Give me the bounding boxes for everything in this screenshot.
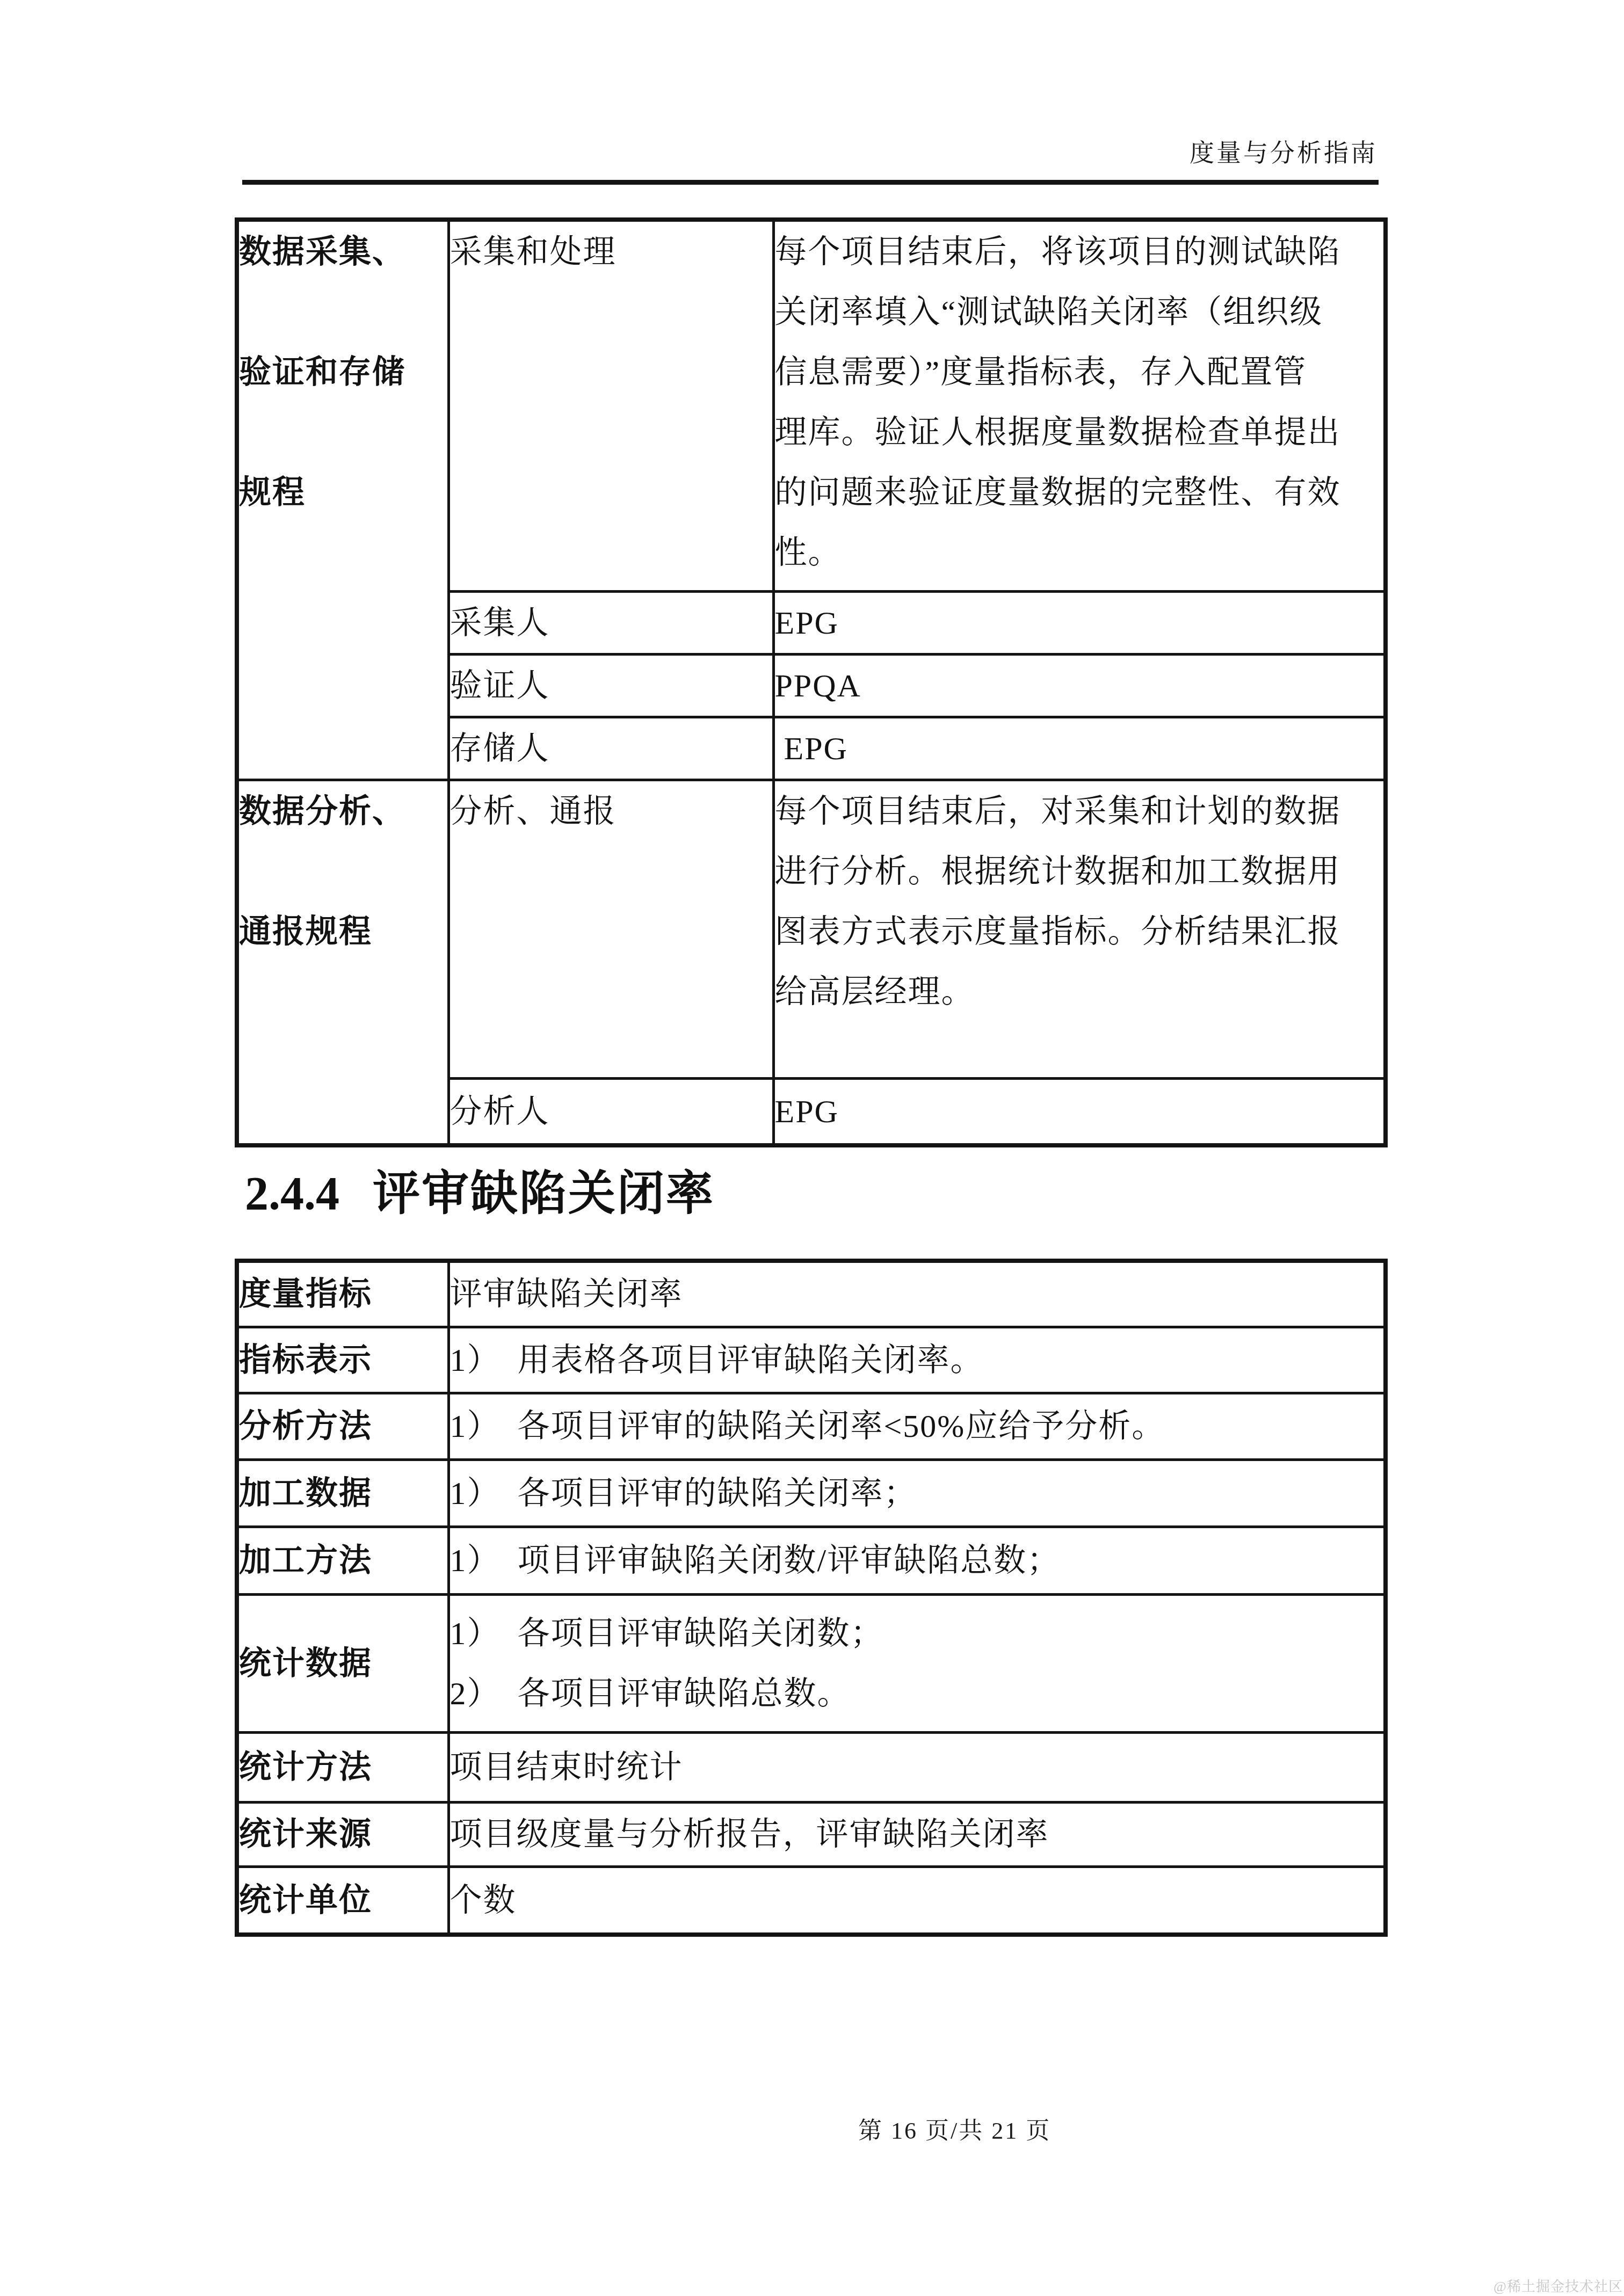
section-number: 2.4.4 <box>245 1168 339 1220</box>
watermark-text: @稀土掘金技术社区 <box>1494 2276 1623 2295</box>
metric-row-label: 度量指标 <box>237 1261 448 1327</box>
table-row: 分析方法 1） 各项目评审的缺陷关闭率<50%应给予分析。 <box>237 1393 1386 1459</box>
metric-row-label: 统计来源 <box>237 1802 448 1866</box>
group2-proc-name-cell: 分析、通报 <box>448 780 773 1078</box>
metric-row-value: 1） 各项目评审的缺陷关闭率<50%应给予分析。 <box>448 1393 1386 1459</box>
procedure-table: 数据采集、 验证和存储 规程 采集和处理 每个项目结束后，将该项目的测试缺陷 关… <box>235 217 1388 1147</box>
section-title: 评审缺陷关闭率 <box>373 1168 715 1220</box>
role-value-cell: EPG <box>773 717 1386 780</box>
metric-row-label: 指标表示 <box>237 1327 448 1393</box>
table-row: 数据分析、 通报规程 分析、通报 每个项目结束后，对采集和计划的数据 进行分析。… <box>237 780 1386 1078</box>
role-value-cell: PPQA <box>773 654 1386 717</box>
metric-row-value: 1） 各项目评审的缺陷关闭率； <box>448 1459 1386 1527</box>
metric-table: 度量指标 评审缺陷关闭率 指标表示 1） 用表格各项目评审缺陷关闭率。 分析方法… <box>235 1259 1388 1937</box>
table-row: 加工方法 1） 项目评审缺陷关闭数/评审缺陷总数； <box>237 1527 1386 1594</box>
table-row: 数据采集、 验证和存储 规程 采集和处理 每个项目结束后，将该项目的测试缺陷 关… <box>237 220 1386 591</box>
header-rule <box>242 180 1379 185</box>
table-row: 统计来源 项目级度量与分析报告，评审缺陷关闭率 <box>237 1802 1386 1866</box>
metric-row-value: 项目结束时统计 <box>448 1732 1386 1802</box>
role-label-cell: 存储人 <box>448 717 773 780</box>
role-label-cell: 验证人 <box>448 654 773 717</box>
table-row: 指标表示 1） 用表格各项目评审缺陷关闭率。 <box>237 1327 1386 1393</box>
metric-row-label: 统计方法 <box>237 1732 448 1802</box>
table-row: 统计数据 1） 各项目评审缺陷关闭数； 2） 各项目评审缺陷总数。 <box>237 1594 1386 1732</box>
role-value-cell: EPG <box>773 591 1386 654</box>
metric-row-value: 1） 项目评审缺陷关闭数/评审缺陷总数； <box>448 1527 1386 1594</box>
metric-row-label: 加工方法 <box>237 1527 448 1594</box>
group2-proc-desc-cell: 每个项目结束后，对采集和计划的数据 进行分析。根据统计数据和加工数据用 图表方式… <box>773 780 1386 1078</box>
metric-row-label: 统计数据 <box>237 1594 448 1732</box>
document-page: 度量与分析指南 数据采集、 验证和存储 规程 采集和处理 每个项目结束后，将该项… <box>0 0 1624 2296</box>
doc-header-title: 度量与分析指南 <box>1190 133 1378 169</box>
table-row: 统计单位 个数 <box>237 1866 1386 1935</box>
role-label-cell: 采集人 <box>448 591 773 654</box>
metric-row-value: 1） 各项目评审缺陷关闭数； 2） 各项目评审缺陷总数。 <box>448 1594 1386 1732</box>
table-row: 加工数据 1） 各项目评审的缺陷关闭率； <box>237 1459 1386 1527</box>
role-label-cell: 分析人 <box>448 1078 773 1145</box>
section-heading: 2.4.4评审缺陷关闭率 <box>245 1164 715 1224</box>
metric-row-value: 个数 <box>448 1866 1386 1935</box>
role-value-cell: EPG <box>773 1078 1386 1145</box>
table-row: 统计方法 项目结束时统计 <box>237 1732 1386 1802</box>
group1-label-cell: 数据采集、 验证和存储 规程 <box>237 220 448 780</box>
metric-row-label: 统计单位 <box>237 1866 448 1935</box>
group2-label-cell: 数据分析、 通报规程 <box>237 780 448 1145</box>
group1-proc-name-cell: 采集和处理 <box>448 220 773 591</box>
metric-row-value: 项目级度量与分析报告，评审缺陷关闭率 <box>448 1802 1386 1866</box>
table-row: 度量指标 评审缺陷关闭率 <box>237 1261 1386 1327</box>
metric-row-value: 评审缺陷关闭率 <box>448 1261 1386 1327</box>
group1-proc-desc-cell: 每个项目结束后，将该项目的测试缺陷 关闭率填入“测试缺陷关闭率（组织级 信息需要… <box>773 220 1386 591</box>
metric-row-label: 加工数据 <box>237 1459 448 1527</box>
metric-row-label: 分析方法 <box>237 1393 448 1459</box>
page-number: 第 16 页/共 21 页 <box>858 2111 1051 2146</box>
metric-row-value: 1） 用表格各项目评审缺陷关闭率。 <box>448 1327 1386 1393</box>
